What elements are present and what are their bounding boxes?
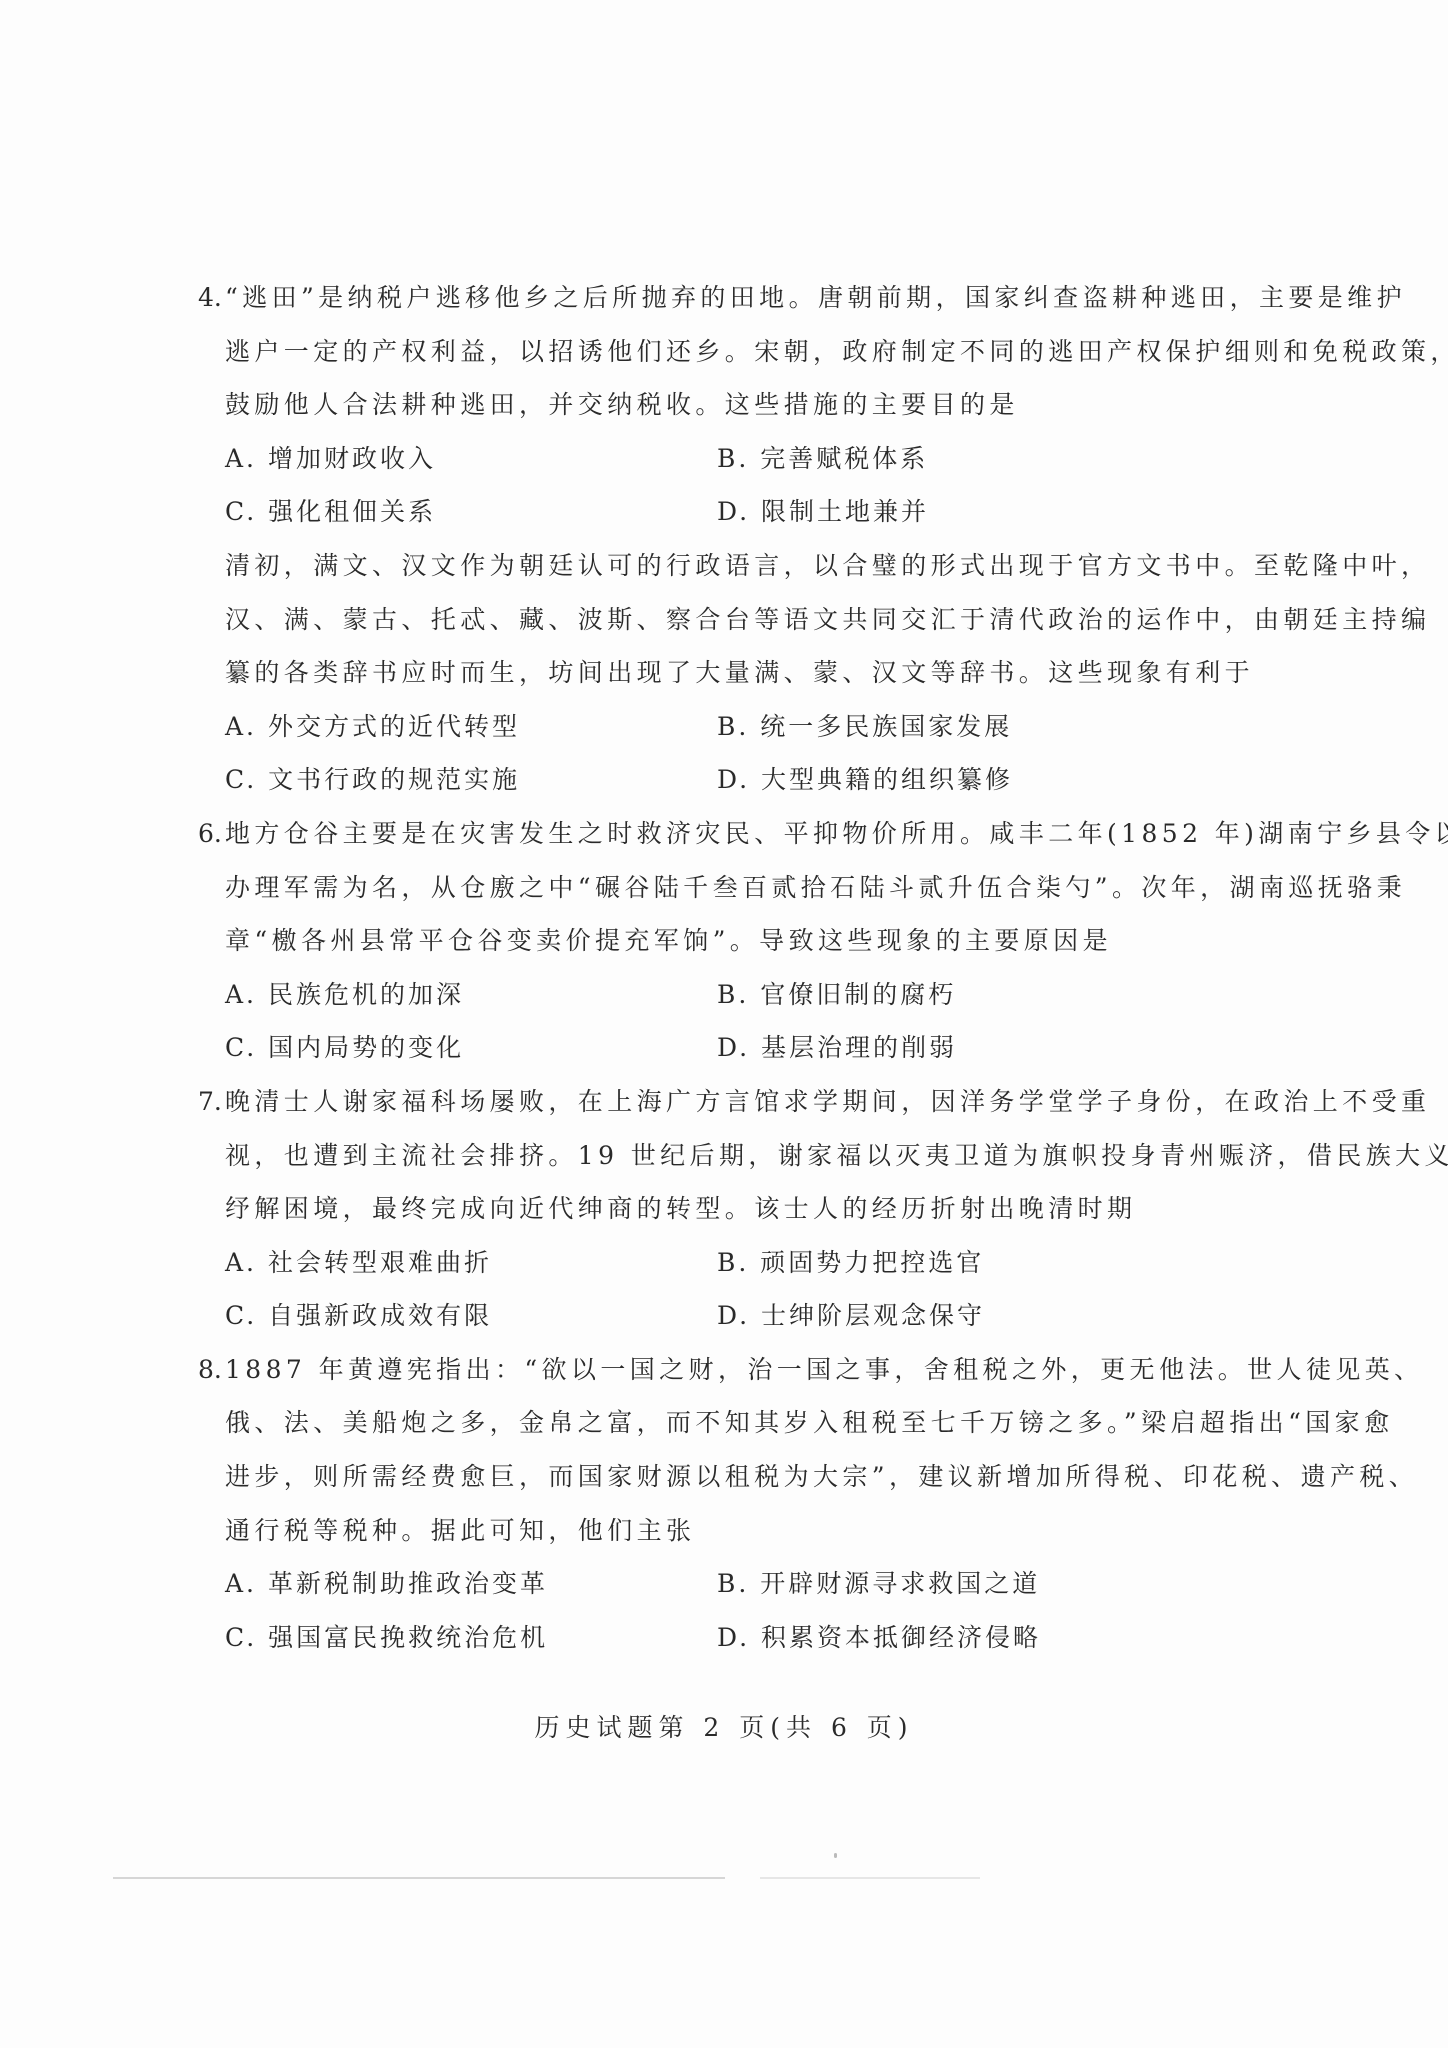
question-stem-line: 通行税等税种。据此可知，他们主张 bbox=[198, 1504, 1258, 1558]
option-a: A. 民族危机的加深 bbox=[225, 968, 717, 1022]
question-list: 4.“逃田”是纳税户逃移他乡之后所抛弃的田地。唐朝前期，国家纠查盗耕种逃田，主要… bbox=[198, 271, 1258, 1664]
question-stem-line: 纂的各类辞书应时而生，坊间出现了大量满、蒙、汉文等辞书。这些现象有利于 bbox=[198, 646, 1258, 700]
question-stem-line: 逃户一定的产权利益，以招诱他们还乡。宋朝，政府制定不同的逃田产权保护细则和免税政… bbox=[198, 325, 1258, 379]
options-row: C. 强化租佃关系 D. 限制土地兼并 bbox=[198, 485, 1258, 539]
options-row: A. 外交方式的近代转型 B. 统一多民族国家发展 bbox=[198, 700, 1258, 754]
question-6: 6.地方仓谷主要是在灾害发生之时救济灾民、平抑物价所用。咸丰二年(1852 年)… bbox=[198, 807, 1258, 1075]
question-stem-line: 6.地方仓谷主要是在灾害发生之时救济灾民、平抑物价所用。咸丰二年(1852 年)… bbox=[198, 807, 1258, 861]
option-c: C. 文书行政的规范实施 bbox=[225, 753, 717, 807]
page-footer: 历史试题第 2 页(共 6 页) bbox=[0, 1708, 1448, 1748]
question-stem-line: 俄、法、美船炮之多，金帛之富，而不知其岁入租税至七千万镑之多。”梁启超指出“国家… bbox=[198, 1396, 1258, 1450]
scan-edge-line bbox=[760, 1877, 980, 1879]
option-b: B. 完善赋税体系 bbox=[717, 432, 928, 486]
option-a: A. 革新税制助推政治变革 bbox=[225, 1557, 717, 1611]
question-stem-line: 清初，满文、汉文作为朝廷认可的行政语言，以合璧的形式出现于官方文书中。至乾隆中叶… bbox=[198, 539, 1258, 593]
question-number: 8. bbox=[198, 1343, 225, 1397]
question-number: 6. bbox=[198, 807, 225, 861]
option-b: B. 开辟财源寻求救国之道 bbox=[717, 1557, 1040, 1611]
question-stem-line: 鼓励他人合法耕种逃田，并交纳税收。这些措施的主要目的是 bbox=[198, 378, 1258, 432]
question-5: 清初，满文、汉文作为朝廷认可的行政语言，以合璧的形式出现于官方文书中。至乾隆中叶… bbox=[198, 539, 1258, 807]
options-row: A. 增加财政收入 B. 完善赋税体系 bbox=[198, 432, 1258, 486]
question-stem-line: 7.晚清士人谢家福科场屡败，在上海广方言馆求学期间，因洋务学堂学子身份，在政治上… bbox=[198, 1075, 1258, 1129]
option-c: C. 自强新政成效有限 bbox=[225, 1289, 717, 1343]
options-row: C. 国内局势的变化 D. 基层治理的削弱 bbox=[198, 1021, 1258, 1075]
option-c: C. 强化租佃关系 bbox=[225, 485, 717, 539]
question-stem-line: 纾解困境，最终完成向近代绅商的转型。该士人的经历折射出晚清时期 bbox=[198, 1182, 1258, 1236]
question-4: 4.“逃田”是纳税户逃移他乡之后所抛弃的田地。唐朝前期，国家纠查盗耕种逃田，主要… bbox=[198, 271, 1258, 539]
question-stem-line: 8.1887 年黄遵宪指出：“欲以一国之财，治一国之事，舍租税之外，更无他法。世… bbox=[198, 1343, 1258, 1397]
options-row: C. 文书行政的规范实施 D. 大型典籍的组织纂修 bbox=[198, 753, 1258, 807]
scan-speck bbox=[834, 1853, 837, 1858]
options-row: C. 强国富民挽救统治危机 D. 积累资本抵御经济侵略 bbox=[198, 1611, 1258, 1665]
option-b: B. 统一多民族国家发展 bbox=[717, 700, 1012, 754]
option-a: A. 社会转型艰难曲折 bbox=[225, 1236, 717, 1290]
options-row: C. 自强新政成效有限 D. 士绅阶层观念保守 bbox=[198, 1289, 1258, 1343]
option-b: B. 顽固势力把控选官 bbox=[717, 1236, 984, 1290]
scan-edge-line bbox=[113, 1877, 725, 1879]
question-number: 4. bbox=[198, 271, 225, 325]
exam-page: 4.“逃田”是纳税户逃移他乡之后所抛弃的田地。唐朝前期，国家纠查盗耕种逃田，主要… bbox=[0, 0, 1448, 2048]
option-c: C. 强国富民挽救统治危机 bbox=[225, 1611, 717, 1665]
question-stem-line: 办理军需为名，从仓廒之中“碾谷陆千叁百贰拾石陆斗贰升伍合柒勺”。次年，湖南巡抚骆… bbox=[198, 861, 1258, 915]
question-7: 7.晚清士人谢家福科场屡败，在上海广方言馆求学期间，因洋务学堂学子身份，在政治上… bbox=[198, 1075, 1258, 1343]
options-row: A. 民族危机的加深 B. 官僚旧制的腐朽 bbox=[198, 968, 1258, 1022]
question-number: 7. bbox=[198, 1075, 225, 1129]
option-d: D. 士绅阶层观念保守 bbox=[717, 1289, 985, 1343]
question-stem-line: 视，也遭到主流社会排挤。19 世纪后期，谢家福以灭夷卫道为旗帜投身青州赈济，借民… bbox=[198, 1129, 1258, 1183]
option-d: D. 限制土地兼并 bbox=[717, 485, 929, 539]
option-c: C. 国内局势的变化 bbox=[225, 1021, 717, 1075]
option-a: A. 增加财政收入 bbox=[225, 432, 717, 486]
question-stem-line: 汉、满、蒙古、托忒、藏、波斯、察合台等语文共同交汇于清代政治的运作中，由朝廷主持… bbox=[198, 593, 1258, 647]
option-b: B. 官僚旧制的腐朽 bbox=[717, 968, 956, 1022]
option-a: A. 外交方式的近代转型 bbox=[225, 700, 717, 754]
options-row: A. 社会转型艰难曲折 B. 顽固势力把控选官 bbox=[198, 1236, 1258, 1290]
question-stem-line: 章“檄各州县常平仓谷变卖价提充军饷”。导致这些现象的主要原因是 bbox=[198, 914, 1258, 968]
option-d: D. 积累资本抵御经济侵略 bbox=[717, 1611, 1041, 1665]
question-stem-line: 4.“逃田”是纳税户逃移他乡之后所抛弃的田地。唐朝前期，国家纠查盗耕种逃田，主要… bbox=[198, 271, 1258, 325]
option-d: D. 大型典籍的组织纂修 bbox=[717, 753, 1013, 807]
options-row: A. 革新税制助推政治变革 B. 开辟财源寻求救国之道 bbox=[198, 1557, 1258, 1611]
question-stem-line: 进步，则所需经费愈巨，而国家财源以租税为大宗”，建议新增加所得税、印花税、遗产税… bbox=[198, 1450, 1258, 1504]
question-8: 8.1887 年黄遵宪指出：“欲以一国之财，治一国之事，舍租税之外，更无他法。世… bbox=[198, 1343, 1258, 1665]
option-d: D. 基层治理的削弱 bbox=[717, 1021, 957, 1075]
